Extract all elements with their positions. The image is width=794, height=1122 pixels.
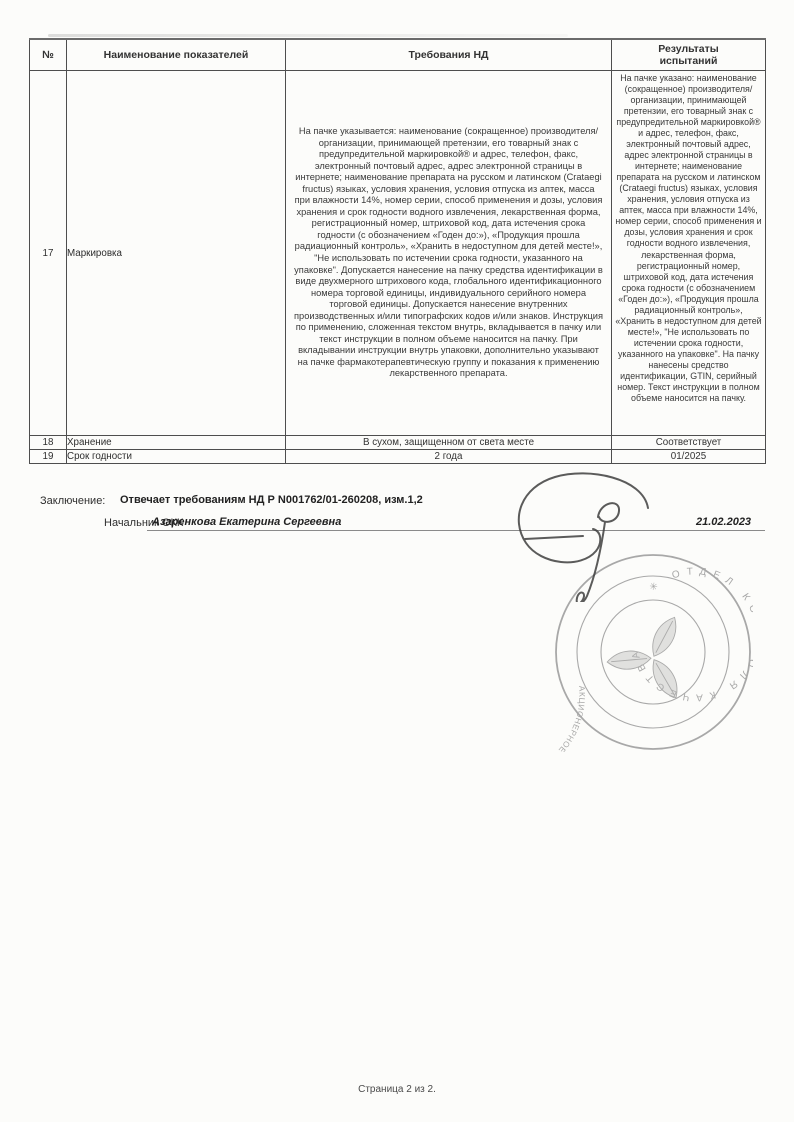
result-text: Соответствует [612,436,766,450]
column-header-requirements: Требования НД [286,39,612,71]
requirement-text: На пачке указывается: наименование (сокр… [294,126,603,379]
indicator-name: Хранение [67,436,286,450]
scan-artifact [48,34,568,37]
row-number: 17 [30,71,67,436]
leaf-trio-icon [606,613,683,702]
handwritten-signature [495,462,665,602]
indicator-name: Срок годности [67,450,286,464]
column-header-number: № [30,39,67,71]
column-header-results: Результаты испытаний [612,39,766,71]
signature-line [147,530,765,531]
result-cell: На пачке указано: наименование (сокращен… [612,71,766,436]
table-row: 18 Хранение В сухом, защищенном от света… [30,436,766,450]
result-text: На пачке указано: наименование (сокращен… [615,73,762,404]
row-number: 18 [30,436,67,450]
requirement-cell: На пачке указывается: наименование (сокр… [286,71,612,436]
table-header-row: № Наименование показателей Требования НД… [30,39,766,71]
signer-name: Азаренкова Екатерина Сергеевна [152,516,341,528]
conclusion-date: 21.02.2023 [696,516,751,528]
page-number: Страница 2 из 2. [0,1084,794,1095]
specification-table: № Наименование показателей Требования НД… [29,38,766,464]
row-number: 19 [30,450,67,464]
table-row: 17 Маркировка На пачке указывается: наим… [30,71,766,436]
requirement-text: В сухом, защищенном от света месте [286,436,612,450]
indicator-name: Маркировка [67,71,286,436]
column-header-indicator: Наименование показателей [67,39,286,71]
conclusion-label: Заключение: [40,495,105,507]
scanned-document-page: № Наименование показателей Требования НД… [0,0,794,1122]
conclusion-text: Отвечает требованиям НД Р N001762/01-260… [120,494,423,506]
